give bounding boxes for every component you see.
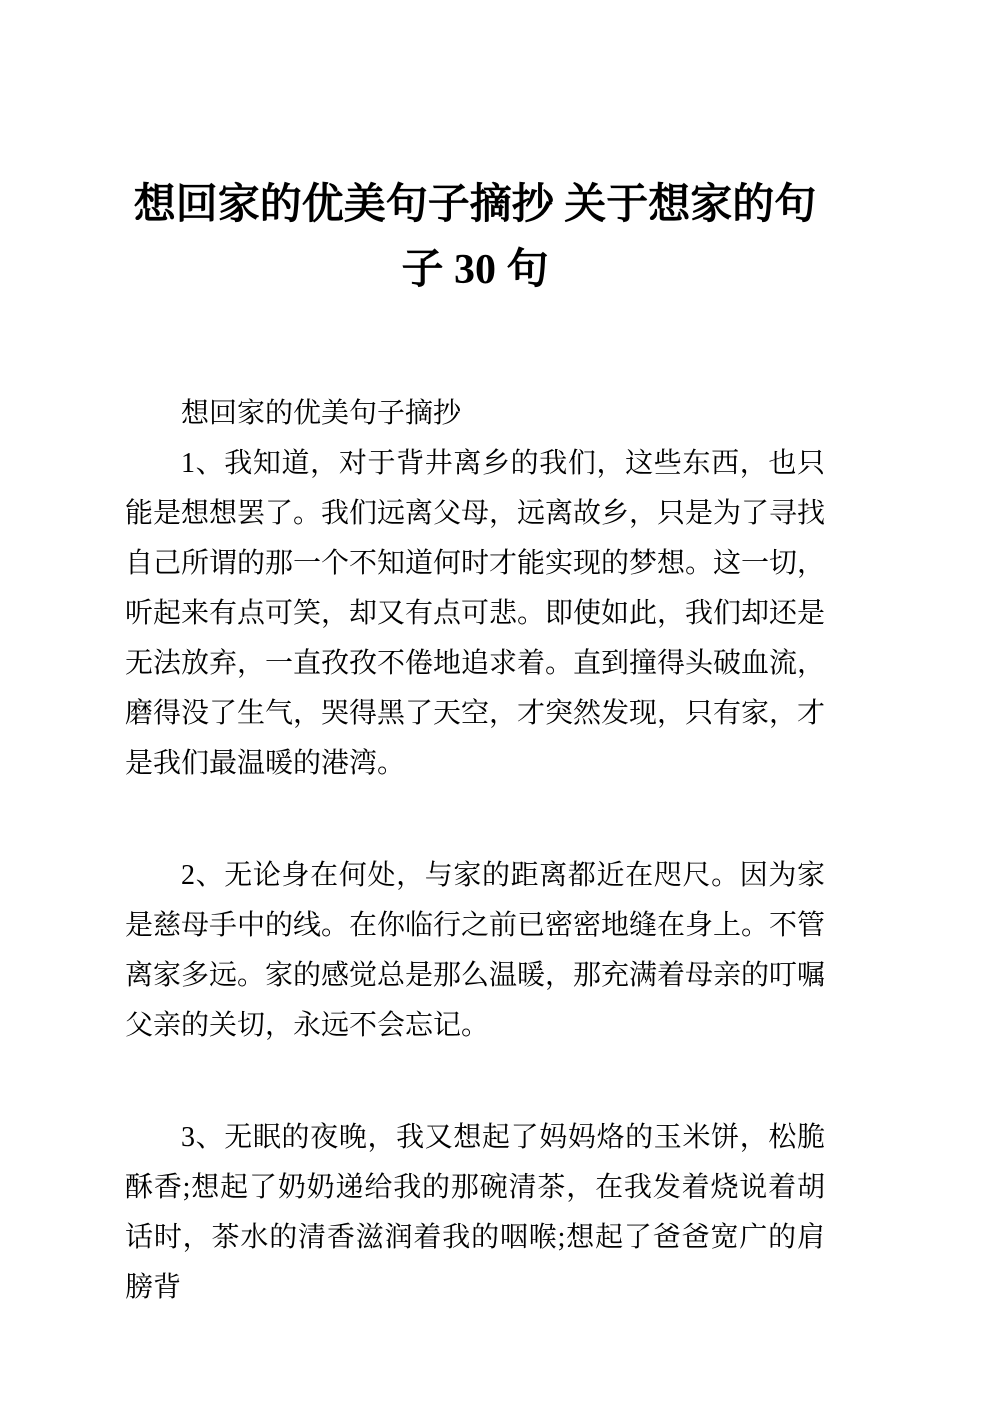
section-heading: 想回家的优美句子摘抄	[125, 389, 825, 439]
paragraph-1: 1、我知道，对于背井离乡的我们，这些东西，也只能是想想罢了。我们远离父母，远离故…	[125, 439, 825, 789]
document-body: 想回家的优美句子摘抄 1、我知道，对于背井离乡的我们，这些东西，也只能是想想罢了…	[125, 389, 825, 1313]
paragraph-3: 3、无眠的夜晚，我又想起了妈妈烙的玉米饼，松脆酥香;想起了奶奶递给我的那碗清茶，…	[125, 1113, 825, 1313]
document-title: 想回家的优美句子摘抄 关于想家的句 子 30 句	[125, 173, 825, 303]
title-line-2: 子 30 句	[125, 238, 825, 303]
title-line-1: 想回家的优美句子摘抄 关于想家的句	[125, 173, 825, 238]
paragraph-2: 2、无论身在何处，与家的距离都近在咫尺。因为家是慈母手中的线。在你临行之前已密密…	[125, 851, 825, 1051]
page: 想回家的优美句子摘抄 关于想家的句 子 30 句 想回家的优美句子摘抄 1、我知…	[0, 0, 993, 1404]
